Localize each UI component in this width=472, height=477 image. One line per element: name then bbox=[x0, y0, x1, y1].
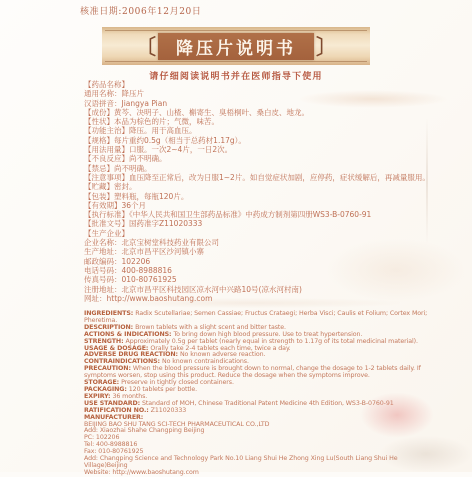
banner-title-box: 降压片说明书 bbox=[158, 33, 314, 60]
en-field-value: Add: Changping Science and Technology Pa… bbox=[84, 455, 398, 469]
en-field-value: Z11020333 bbox=[151, 407, 186, 414]
en-field-value: When the blood pressure is brought down … bbox=[84, 365, 421, 379]
cn-insert-line: 【禁忌】尚不明确。 bbox=[84, 164, 434, 173]
banner-bracket-right-icon: 〕 bbox=[316, 33, 337, 60]
cn-insert-line: 电话号码：400-8988816 bbox=[84, 266, 434, 275]
cn-insert-line: 【药品名称】 bbox=[84, 80, 434, 89]
cn-insert-line: 企业名称：北京宝树堂科技药业有限公司 bbox=[84, 238, 434, 247]
title-banner: 〔 降压片说明书 〕 bbox=[102, 27, 370, 65]
cn-insert-line: 【功能主治】降压。用于高血压。 bbox=[84, 126, 434, 135]
cn-insert-line: 【有效期】36个月 bbox=[84, 201, 434, 210]
en-insert-line: INGREDIENTS:Radix Scutellariae; Semen Ca… bbox=[84, 311, 436, 325]
approval-date: 核准日期:2006年12月20日 bbox=[80, 4, 201, 17]
english-instructions: INGREDIENTS:Radix Scutellariae; Semen Ca… bbox=[84, 311, 436, 472]
en-insert-line: Add: Changping Science and Technology Pa… bbox=[84, 456, 436, 470]
cn-insert-line: 【贮藏】密封。 bbox=[84, 182, 434, 191]
banner-bracket-left-icon: 〔 bbox=[135, 33, 156, 60]
cn-insert-line: 邮政编码：102206 bbox=[84, 257, 434, 266]
cn-insert-line: 通用名称：降压片 bbox=[84, 89, 434, 98]
cn-insert-line: 传真号码：010-80761925 bbox=[84, 275, 434, 284]
package-insert-sheet: 核准日期:2006年12月20日 〔 降压片说明书 〕 请仔细阅读说明书并在医师… bbox=[0, 0, 472, 472]
cn-insert-line: 汉语拼音：Jiangya Pian bbox=[84, 99, 434, 108]
cn-insert-line: 【批准文号】国药准字Z11020333 bbox=[84, 219, 434, 228]
en-field-label: RATIFICATION NO.: bbox=[84, 407, 149, 414]
cn-insert-line: 注册地址：北京市昌平区科技园区凉水河中兴路10号(凉水河村南) bbox=[84, 285, 434, 294]
en-insert-line: PRECAUTION:When the blood pressure is br… bbox=[84, 366, 436, 380]
cn-insert-line: 生产地址：北京市昌平区沙河镇小寨 bbox=[84, 247, 434, 256]
en-field-label: STORAGE: bbox=[84, 379, 119, 386]
cn-insert-line: 【生产企业】 bbox=[84, 229, 434, 238]
cn-insert-line: 网址：http://www.baoshutang.com bbox=[84, 294, 434, 303]
en-field-label: USE STANDARD: bbox=[84, 400, 140, 407]
en-field-label: EXPIRY: bbox=[84, 393, 110, 400]
chinese-instructions: 【药品名称】通用名称：降压片汉语拼音：Jiangya Pian【成份】黄芩、决明… bbox=[84, 80, 434, 303]
en-insert-line: Add: Xiaozhai Shahe Changping Beijing bbox=[84, 428, 436, 435]
en-field-label: STRENGTH: bbox=[84, 338, 124, 345]
cn-insert-line: 【规格】每片重约0.5g（相当于总药材1.17g）。 bbox=[84, 136, 434, 145]
page-title: 降压片说明书 bbox=[176, 34, 296, 59]
cn-insert-line: 【注意事项】血压降至正常后，改为日服1~2片。如自觉症状加剧，应停药，症状缓解后… bbox=[84, 173, 434, 182]
cn-insert-line: 【不良反应】尚不明确。 bbox=[84, 154, 434, 163]
en-field-label: DESCRIPTION: bbox=[84, 324, 133, 331]
cn-insert-line: 【包装】塑料瓶，每瓶120片。 bbox=[84, 192, 434, 201]
en-field-value: Radix Scutellariae; Semen Cassiae; Fruct… bbox=[84, 310, 427, 324]
cn-insert-line: 【用法用量】口服。一次2~4片，一日2次。 bbox=[84, 145, 434, 154]
cn-insert-line: 【成份】黄芩、决明子、山楂、槲寄生、臭梧桐叶、桑白皮、地龙。 bbox=[84, 108, 434, 117]
